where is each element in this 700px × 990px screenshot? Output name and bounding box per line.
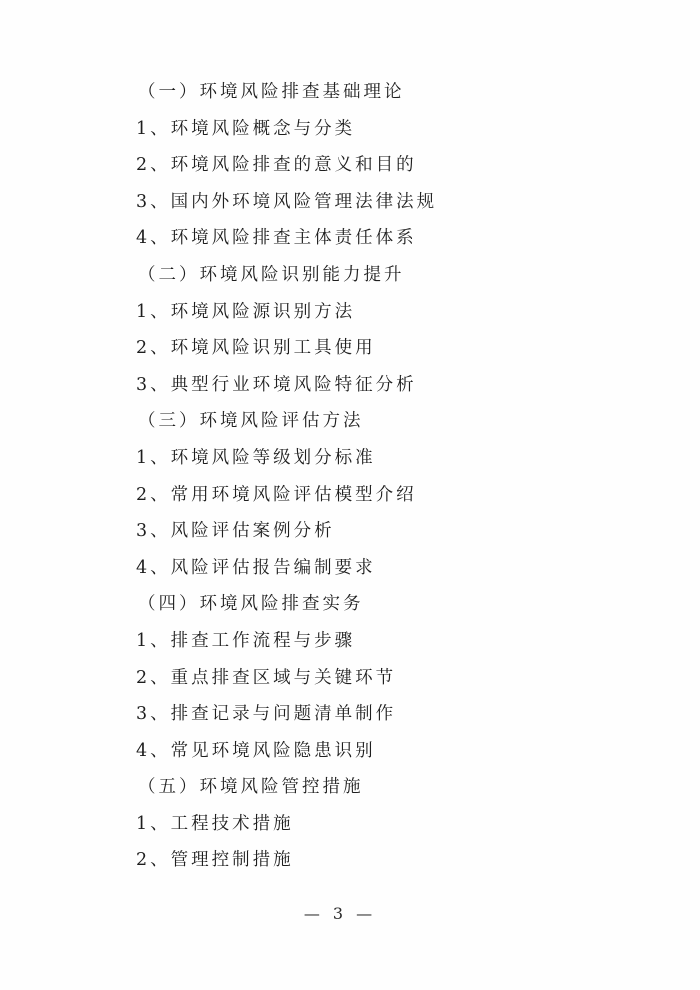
list-item: 2、环境风险识别工具使用 [136, 332, 437, 369]
list-item: 1、环境风险等级划分标准 [136, 442, 437, 479]
document-page: （一）环境风险排查基础理论 1、环境风险概念与分类 2、环境风险排查的意义和目的… [0, 0, 700, 990]
list-item: 2、常用环境风险评估模型介绍 [136, 479, 437, 516]
list-item: 3、典型行业环境风险特征分析 [136, 369, 437, 406]
list-item: 1、工程技术措施 [136, 808, 437, 845]
section-heading: （四）环境风险排查实务 [136, 588, 437, 625]
section-heading: （三）环境风险评估方法 [136, 405, 437, 442]
list-item: 1、排查工作流程与步骤 [136, 625, 437, 662]
section-heading: （五）环境风险管控措施 [136, 771, 437, 808]
course-outline: （一）环境风险排查基础理论 1、环境风险概念与分类 2、环境风险排查的意义和目的… [136, 76, 437, 881]
list-item: 3、排查记录与问题清单制作 [136, 698, 437, 735]
list-item: 3、风险评估案例分析 [136, 515, 437, 552]
list-item: 1、环境风险源识别方法 [136, 296, 437, 333]
list-item: 2、管理控制措施 [136, 844, 437, 881]
section-heading: （一）环境风险排查基础理论 [136, 76, 437, 113]
page-number: — 3 — [0, 902, 680, 926]
list-item: 4、常见环境风险隐患识别 [136, 735, 437, 772]
list-item: 1、环境风险概念与分类 [136, 113, 437, 150]
list-item: 3、国内外环境风险管理法律法规 [136, 186, 437, 223]
list-item: 4、环境风险排查主体责任体系 [136, 222, 437, 259]
list-item: 4、风险评估报告编制要求 [136, 552, 437, 589]
list-item: 2、环境风险排查的意义和目的 [136, 149, 437, 186]
section-heading: （二）环境风险识别能力提升 [136, 259, 437, 296]
list-item: 2、重点排查区域与关键环节 [136, 662, 437, 699]
